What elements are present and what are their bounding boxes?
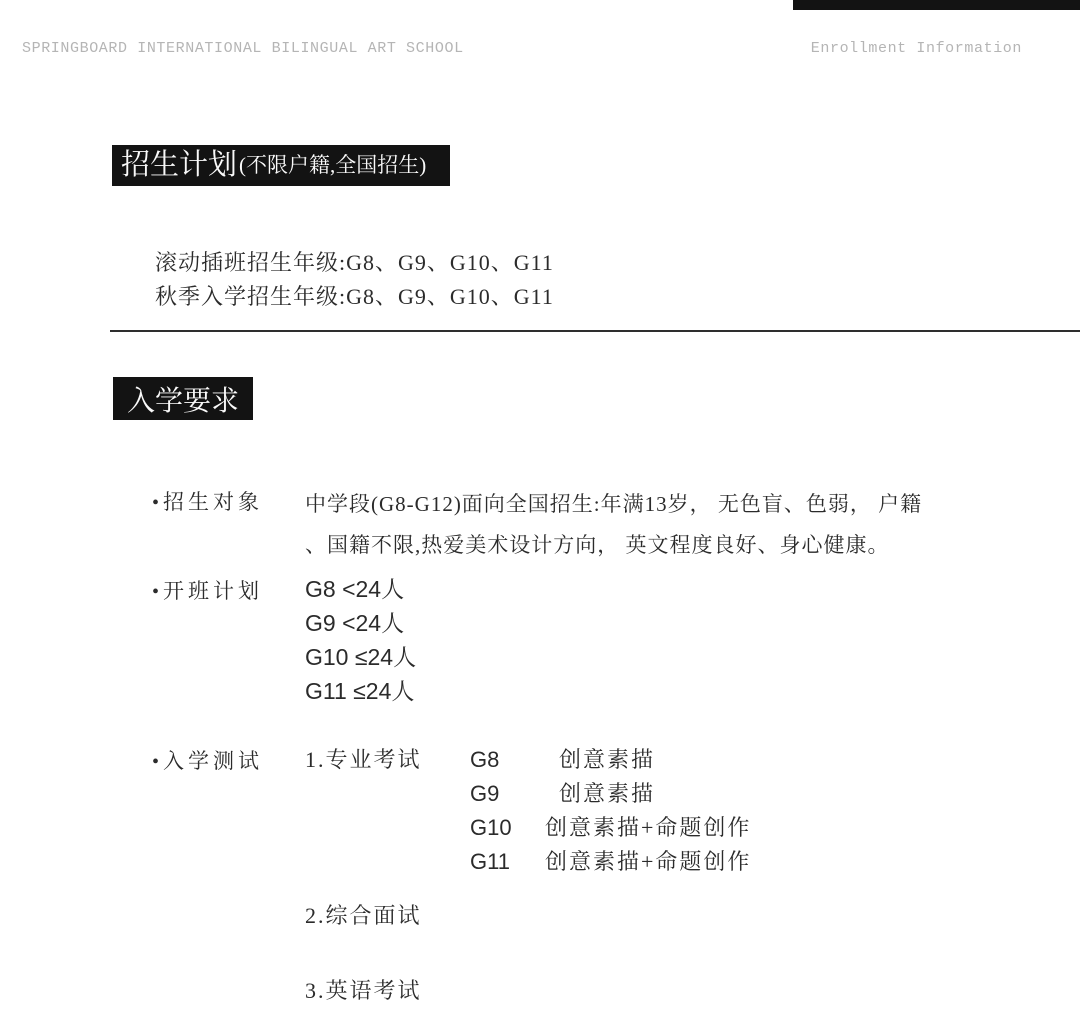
admission-test-label: •入学测试 xyxy=(152,745,263,775)
exam-row: G8 创意素描 xyxy=(470,743,751,777)
class-plan-row: G10 ≤24人 xyxy=(305,640,416,674)
exam-name: 创意素描+命题创作 xyxy=(545,845,751,879)
requirements-banner: 入学要求 xyxy=(113,377,253,420)
top-right-accent-bar xyxy=(793,0,1080,10)
exam-grade: G8 xyxy=(470,743,545,777)
document-title: Enrollment Information xyxy=(811,40,1022,57)
requirements-banner-title: 入学要求 xyxy=(127,379,239,419)
bullet-icon: • xyxy=(152,751,159,773)
target-audience-label: •招生对象 xyxy=(152,486,263,516)
autumn-enrollment-line: 秋季入学招生年级:G8、G9、G10、G11 xyxy=(155,280,554,314)
exam-name: 创意素描+命题创作 xyxy=(545,811,751,845)
english-test-title: 3.英语考试 xyxy=(305,974,422,1005)
exam-name: 创意素描 xyxy=(559,777,655,811)
target-audience-label-text: 招生对象 xyxy=(163,490,263,514)
school-name: SPRINGBOARD INTERNATIONAL BILINGUAL ART … xyxy=(22,40,464,57)
exam-name: 创意素描 xyxy=(559,743,655,777)
exam-grade: G10 xyxy=(470,811,545,845)
class-plan-label-text: 开班计划 xyxy=(163,579,263,603)
class-plan-row: G8 <24人 xyxy=(305,572,416,606)
enrollment-plan-lines: 滚动插班招生年级:G8、G9、G10、G11 秋季入学招生年级:G8、G9、G1… xyxy=(155,246,554,314)
bullet-icon: • xyxy=(152,492,159,514)
exam-grade: G9 xyxy=(470,777,545,811)
class-plan-rows: G8 <24人 G9 <24人 G10 ≤24人 G11 ≤24人 xyxy=(305,572,416,708)
class-plan-row: G9 <24人 xyxy=(305,606,416,640)
interview-test-title: 2.综合面试 xyxy=(305,899,422,930)
major-exam-title: 1.专业考试 xyxy=(305,743,422,774)
bullet-icon: • xyxy=(152,581,159,603)
class-plan-label: •开班计划 xyxy=(152,575,263,605)
class-plan-row: G11 ≤24人 xyxy=(305,674,416,708)
enrollment-poster: SPRINGBOARD INTERNATIONAL BILINGUAL ART … xyxy=(0,0,1080,1017)
section-divider xyxy=(110,330,1080,332)
target-audience-text: 中学段(G8-G12)面向全国招生:年满13岁， 无色盲、色弱， 户籍 、国籍不… xyxy=(305,484,922,566)
enrollment-plan-note: (不限户籍,全国招生) xyxy=(239,155,426,176)
exam-row: G9 创意素描 xyxy=(470,777,751,811)
rolling-enrollment-line: 滚动插班招生年级:G8、G9、G10、G11 xyxy=(155,246,554,280)
target-audience-line2: 、国籍不限,热爱美术设计方向， 英文程度良好、身心健康。 xyxy=(305,525,922,566)
exam-grade: G11 xyxy=(470,845,545,879)
enrollment-plan-title: 招生计划 xyxy=(121,151,237,180)
major-exam-table: G8 创意素描 G9 创意素描 G10 创意素描+命题创作 G11 创意素描+命… xyxy=(470,743,751,879)
admission-test-label-text: 入学测试 xyxy=(163,749,263,773)
enrollment-plan-banner: 招生计划 (不限户籍,全国招生) xyxy=(112,145,450,186)
exam-row: G11 创意素描+命题创作 xyxy=(470,845,751,879)
exam-row: G10 创意素描+命题创作 xyxy=(470,811,751,845)
target-audience-line1: 中学段(G8-G12)面向全国招生:年满13岁， 无色盲、色弱， 户籍 xyxy=(305,484,922,525)
